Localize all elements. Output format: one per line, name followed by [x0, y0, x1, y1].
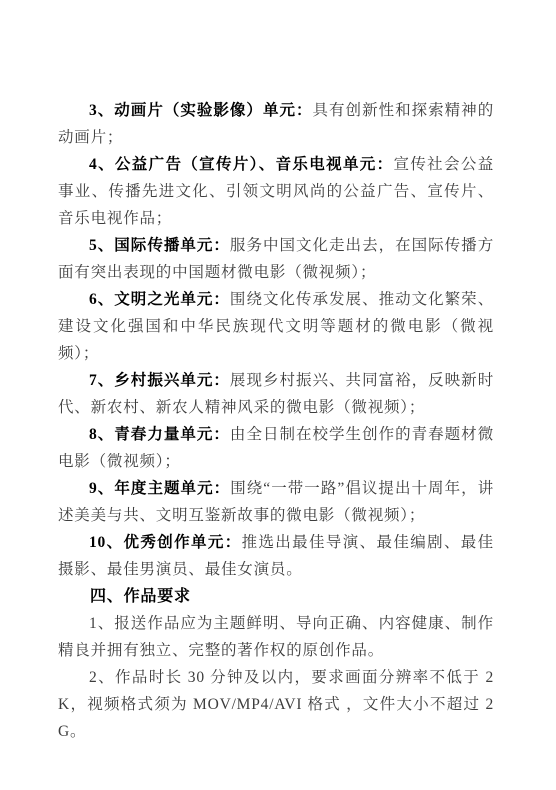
unit-item-9: 9、年度主题单元：围绕“一带一路”倡议提出十周年，讲述美美与共、文明互鉴新故事的… [58, 475, 494, 529]
document-page: 3、动画片（实验影像）单元：具有创新性和探索精神的动画片； 4、公益广告（宣传片… [0, 0, 556, 790]
document-content: 3、动画片（实验影像）单元：具有创新性和探索精神的动画片； 4、公益广告（宣传片… [58, 97, 494, 745]
unit-item-lead: 5、国际传播单元： [89, 237, 230, 254]
unit-item-lead: 10、优秀创作单元： [89, 534, 242, 551]
unit-item-4: 4、公益广告（宣传片）、音乐电视单元：宣传社会公益事业、传播先进文化、引领文明风… [58, 151, 494, 232]
unit-item-3: 3、动画片（实验影像）单元：具有创新性和探索精神的动画片； [58, 97, 494, 151]
unit-item-lead: 7、乡村振兴单元： [89, 372, 230, 389]
unit-item-10: 10、优秀创作单元：推选出最佳导演、最佳编剧、最佳摄影、最佳男演员、最佳女演员。 [58, 529, 494, 583]
requirement-item-2: 2、作品时长 30 分钟及以内，要求画面分辨率不低于 2K，视频格式须为 MOV… [58, 664, 494, 745]
requirement-item-body: 2、作品时长 30 分钟及以内，要求画面分辨率不低于 2K，视频格式须为 MOV… [58, 669, 494, 740]
unit-item-lead: 9、年度主题单元： [89, 480, 230, 497]
unit-item-lead: 3、动画片（实验影像）单元： [89, 102, 313, 119]
unit-item-7: 7、乡村振兴单元：展现乡村振兴、共同富裕，反映新时代、新农村、新农人精神风采的微… [58, 367, 494, 421]
requirement-item-body: 1、报送作品应为主题鲜明、导向正确、内容健康、制作精良并拥有独立、完整的著作权的… [58, 615, 494, 659]
unit-item-lead: 4、公益广告（宣传片）、音乐电视单元： [89, 156, 393, 173]
section-heading: 四、作品要求 [58, 583, 494, 610]
unit-item-5: 5、国际传播单元：服务中国文化走出去，在国际传播方面有突出表现的中国题材微电影（… [58, 232, 494, 286]
requirement-item-1: 1、报送作品应为主题鲜明、导向正确、内容健康、制作精良并拥有独立、完整的著作权的… [58, 610, 494, 664]
unit-item-lead: 8、青春力量单元： [89, 426, 230, 443]
unit-item-lead: 6、文明之光单元： [89, 291, 230, 308]
unit-item-6: 6、文明之光单元：围绕文化传承发展、推动文化繁荣、建设文化强国和中华民族现代文明… [58, 286, 494, 367]
unit-item-8: 8、青春力量单元：由全日制在校学生创作的青春题材微电影（微视频）； [58, 421, 494, 475]
